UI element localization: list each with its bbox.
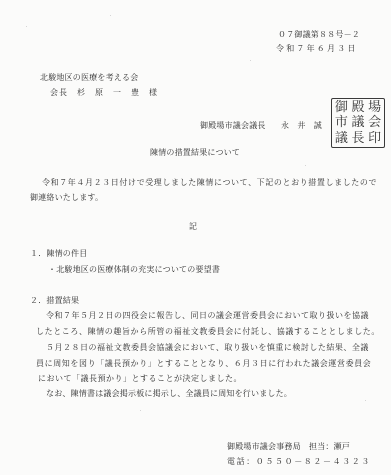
letter-date: 令和７年６月３日 bbox=[276, 44, 358, 54]
seal-char: 長 bbox=[350, 131, 367, 146]
scan-speck bbox=[140, 410, 141, 411]
section2-line: なお、陳情書は議会掲示板に掲示し、全議員に周知を行いました。 bbox=[46, 389, 292, 399]
seal-char: 殿 bbox=[350, 100, 367, 115]
reference-number: ０７御議第８８号－２ bbox=[278, 30, 360, 40]
seal-char: 市 bbox=[333, 115, 350, 130]
sender-name: 永 井 誠 bbox=[281, 121, 322, 131]
intro-line: 令和７年４月２３日付けで受理しました陳情について、下記のとおり措置しましたので bbox=[42, 178, 377, 188]
seal-char: 会 bbox=[366, 115, 383, 130]
section1-item: ・北駿地区の医療体制の充実についての要望書 bbox=[48, 265, 220, 275]
intro-line: 御連絡いたします。 bbox=[30, 193, 103, 203]
seal-char: 印 bbox=[366, 131, 383, 146]
ki-heading: 記 bbox=[189, 222, 197, 232]
footer-office: 御殿場市議会事務局 担当：瀬戸 bbox=[227, 442, 350, 452]
seal-char: 御 bbox=[333, 100, 350, 115]
scan-speck bbox=[110, 15, 111, 16]
scan-speck bbox=[250, 60, 251, 61]
section2-line: ５月２８日の福祉文教委員会協議会において、取り扱いを慎重に検討した結果、全議 bbox=[46, 343, 369, 353]
footer-phone: 電話：０５５０－８２－４３２３ bbox=[227, 457, 371, 467]
seal-char: 場 bbox=[366, 100, 383, 115]
section1-heading: １．陳情の件目 bbox=[30, 249, 87, 259]
section2-line: において「議長預かり」とすることが決定しました。 bbox=[38, 374, 242, 384]
section2-heading: ２．措置結果 bbox=[30, 296, 79, 306]
section2-line: 令和７年５月２日の四役会に報告し、同日の議会運営委員会において取り扱いを協議 bbox=[46, 311, 369, 321]
seal-char: 議 bbox=[350, 115, 367, 130]
section2-line: 員に周知を図り「議長預かり」とすることとなり、６月３日に行われた議会運営委員会 bbox=[36, 359, 371, 369]
recipient-name: 会長 杉 原 一 豊 様 bbox=[50, 88, 158, 98]
scan-speck bbox=[305, 165, 306, 166]
subject-title: 陳情の措置結果について bbox=[150, 148, 240, 158]
recipient-organization: 北駿地区の医療を考える会 bbox=[40, 73, 138, 83]
sender-title: 御殿場市議会議長 bbox=[200, 121, 266, 131]
letter-page: ０７御議第８８号－２ 令和７年６月３日 北駿地区の医療を考える会 会長 杉 原 … bbox=[0, 0, 391, 475]
section2-line: したところ、陳情の趣旨から所管の福祉文教委員会に付託し、協議することとしました。 bbox=[36, 327, 380, 337]
seal-char: 議 bbox=[333, 131, 350, 146]
scan-speck bbox=[26, 26, 27, 27]
scan-speck bbox=[365, 400, 366, 401]
official-seal: 御 殿 場 市 議 会 議 長 印 bbox=[331, 98, 385, 148]
